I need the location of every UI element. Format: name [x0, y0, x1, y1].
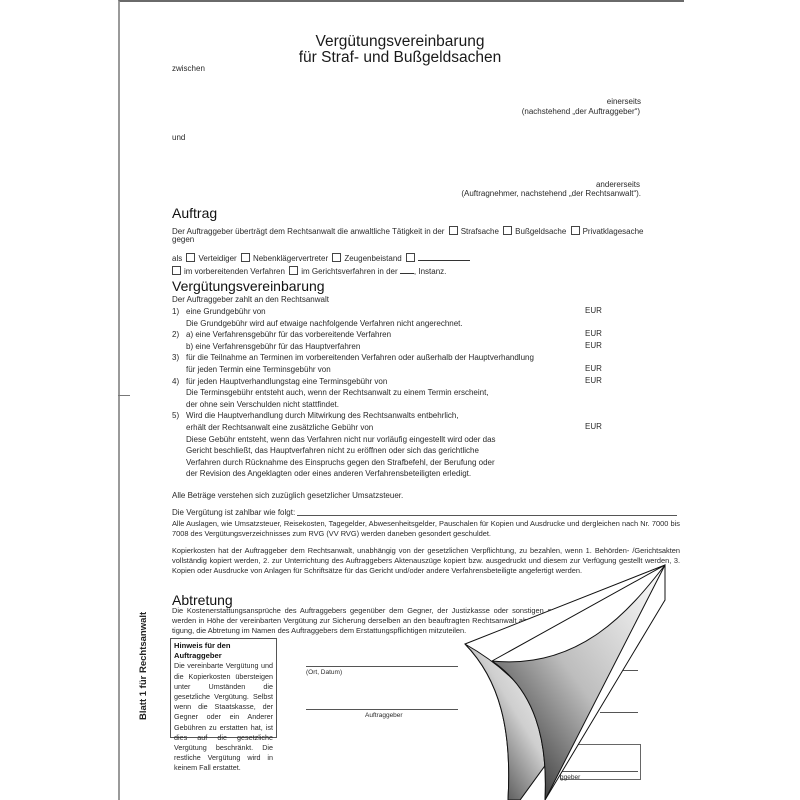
fee-item-number: 4): [172, 376, 186, 388]
fee-item-number: 5): [172, 410, 186, 422]
fee-item-row: 1)eine Grundgebühr von: [172, 306, 266, 318]
fee-item-text: Gericht beschließt, das Hauptverfahren n…: [186, 446, 479, 455]
fee-item-text: der ohne sein Verschulden nicht stattfin…: [186, 400, 339, 409]
einerseits-note: (nachstehend „der Auftraggeber“): [522, 107, 640, 117]
side-label: Blatt 1 für Rechtsanwalt: [138, 612, 149, 720]
auftraggeber-signature-line[interactable]: [306, 709, 458, 710]
ort-datum-line[interactable]: [306, 666, 458, 667]
fee-item-text: für die Teilnahme an Terminen im vorbere…: [186, 353, 534, 362]
instanz-field[interactable]: [400, 266, 414, 274]
eur-amount-field[interactable]: EUR: [585, 306, 602, 316]
fee-item-text: Die Grundgebühr wird auf etwaige nachfol…: [186, 319, 463, 328]
option-label: Zeugenbeistand: [344, 254, 401, 263]
zahlbar-field[interactable]: [297, 515, 677, 516]
other-role-field[interactable]: [418, 253, 470, 261]
auftrag-role-line: als Verteidiger Nebenklägervertreter Zeu…: [172, 253, 470, 264]
instanz-suffix: , Instanz.: [414, 267, 446, 276]
ort-datum-label: (Ort, Datum): [306, 668, 342, 678]
fee-item-row: Die Terminsgebühr entsteht auch, wenn de…: [172, 387, 489, 399]
fee-item-text: für jeden Termin eine Terminsgebühr von: [186, 365, 331, 374]
page-curl-graphic: [460, 560, 700, 800]
auftrag-intro: Der Auftraggeber überträgt dem Rechtsanw…: [172, 227, 444, 236]
fee-item-row: 3)für die Teilnahme an Terminen im vorbe…: [172, 352, 534, 364]
hinweis-box: Hinweis für den Auftraggeber Die vereinb…: [170, 638, 277, 738]
auftrag-line1: Der Auftraggeber überträgt dem Rechtsanw…: [172, 226, 643, 237]
checkbox-nebenklaegervertreter[interactable]: [241, 253, 250, 262]
checkbox-vorbereitendes-verfahren[interactable]: [172, 266, 181, 275]
section-heading-auftrag: Auftrag: [172, 206, 217, 221]
fee-item-text: Die Terminsgebühr entsteht auch, wenn de…: [186, 388, 489, 397]
fee-item-text: erhält der Rechtsanwalt eine zusätzliche…: [186, 423, 373, 432]
fee-item-text: Diese Gebühr entsteht, wenn das Verfahre…: [186, 435, 496, 444]
fee-item-row: 4)für jeden Hauptverhandlungstag eine Te…: [172, 376, 387, 388]
fee-item-row: erhält der Rechtsanwalt eine zusätzliche…: [172, 422, 373, 434]
checkbox-gerichtsverfahren[interactable]: [289, 266, 298, 275]
fee-item-row: 2)a) eine Verfahrensgebühr für das vorbe…: [172, 329, 391, 341]
als-label: als: [172, 254, 182, 263]
verguetung-intro: Der Auftraggeber zahlt an den Rechtsanwa…: [172, 295, 329, 305]
fee-item-row: Die Grundgebühr wird auf etwaige nachfol…: [172, 318, 463, 330]
fee-item-text: Verfahren durch Rücknahme des Einspruchs…: [186, 458, 495, 467]
hinweis-title: Hinweis für den Auftraggeber: [174, 641, 273, 661]
zahlbar-label: Die Vergütung ist zahlbar wie folgt:: [172, 508, 295, 518]
eur-amount-field[interactable]: EUR: [585, 376, 602, 386]
fee-item-row: Gericht beschließt, das Hauptverfahren n…: [172, 445, 479, 457]
eur-amount-field[interactable]: EUR: [585, 329, 602, 339]
eur-amount-field[interactable]: EUR: [585, 364, 602, 374]
fee-item-row: 5)Wird die Hauptverhandlung durch Mitwir…: [172, 410, 459, 422]
und-label: und: [172, 133, 185, 143]
section-heading-verguetung: Vergütungsvereinbarung: [172, 279, 325, 294]
eur-amount-field[interactable]: EUR: [585, 341, 602, 351]
checkbox-privatklagesache[interactable]: [571, 226, 580, 235]
checkbox-verteidiger[interactable]: [186, 253, 195, 262]
option-label: Nebenklägervertreter: [253, 254, 328, 263]
checkbox-bussgeldsache[interactable]: [503, 226, 512, 235]
auslagen-paragraph: Alle Auslagen, wie Umsatzsteuer, Reiseko…: [172, 519, 680, 539]
checkbox-other-role[interactable]: [406, 253, 415, 262]
fee-item-row: b) eine Verfahrensgebühr für das Hauptve…: [172, 341, 360, 353]
fee-item-number: 1): [172, 306, 186, 318]
hinweis-text: Die vereinbarte Vergütung und die Kopier…: [174, 661, 273, 772]
fee-item-text: für jeden Hauptverhandlungstag eine Term…: [186, 377, 387, 386]
fee-item-number: 3): [172, 352, 186, 364]
option-label: im Gerichtsverfahren in der: [301, 267, 397, 276]
fee-item-row: der Revision des Angeklagten oder eines …: [172, 468, 471, 480]
fold-mark: [118, 395, 130, 396]
andererseits-note: (Auftragnehmer, nachstehend „der Rechtsa…: [461, 189, 641, 199]
einerseits-label: einerseits: [607, 97, 641, 107]
zwischen-label: zwischen: [172, 64, 205, 74]
option-label: Bußgeldsache: [515, 227, 566, 236]
fee-item-row: der ohne sein Verschulden nicht stattfin…: [172, 399, 339, 411]
fee-item-row: Verfahren durch Rücknahme des Einspruchs…: [172, 457, 495, 469]
option-label: Strafsache: [461, 227, 499, 236]
option-label: im vorbereitenden Verfahren: [184, 267, 285, 276]
auftraggeber-label: Auftraggeber: [365, 711, 403, 721]
fee-item-row: Diese Gebühr entsteht, wenn das Verfahre…: [172, 434, 496, 446]
fee-item-row: für jeden Termin eine Terminsgebühr von: [172, 364, 331, 376]
option-label: Privatklagesache: [583, 227, 644, 236]
option-label: Verteidiger: [198, 254, 236, 263]
document-title-line1: Vergütungsvereinbarung: [118, 33, 682, 50]
ust-note: Alle Beträge verstehen sich zuzüglich ge…: [172, 491, 403, 501]
fee-item-text: a) eine Verfahrensgebühr für das vorbere…: [186, 330, 391, 339]
checkbox-zeugenbeistand[interactable]: [332, 253, 341, 262]
fee-item-text: Wird die Hauptverhandlung durch Mitwirku…: [186, 411, 459, 420]
fee-item-number: 2): [172, 329, 186, 341]
fee-item-text: der Revision des Angeklagten oder eines …: [186, 469, 471, 478]
checkbox-strafsache[interactable]: [449, 226, 458, 235]
auftrag-stage-line: im vorbereitenden Verfahren im Gerichtsv…: [170, 266, 446, 277]
gegen-label: gegen: [172, 235, 194, 245]
fee-item-text: eine Grundgebühr von: [186, 307, 266, 316]
eur-amount-field[interactable]: EUR: [585, 422, 602, 432]
fee-item-text: b) eine Verfahrensgebühr für das Hauptve…: [186, 342, 360, 351]
